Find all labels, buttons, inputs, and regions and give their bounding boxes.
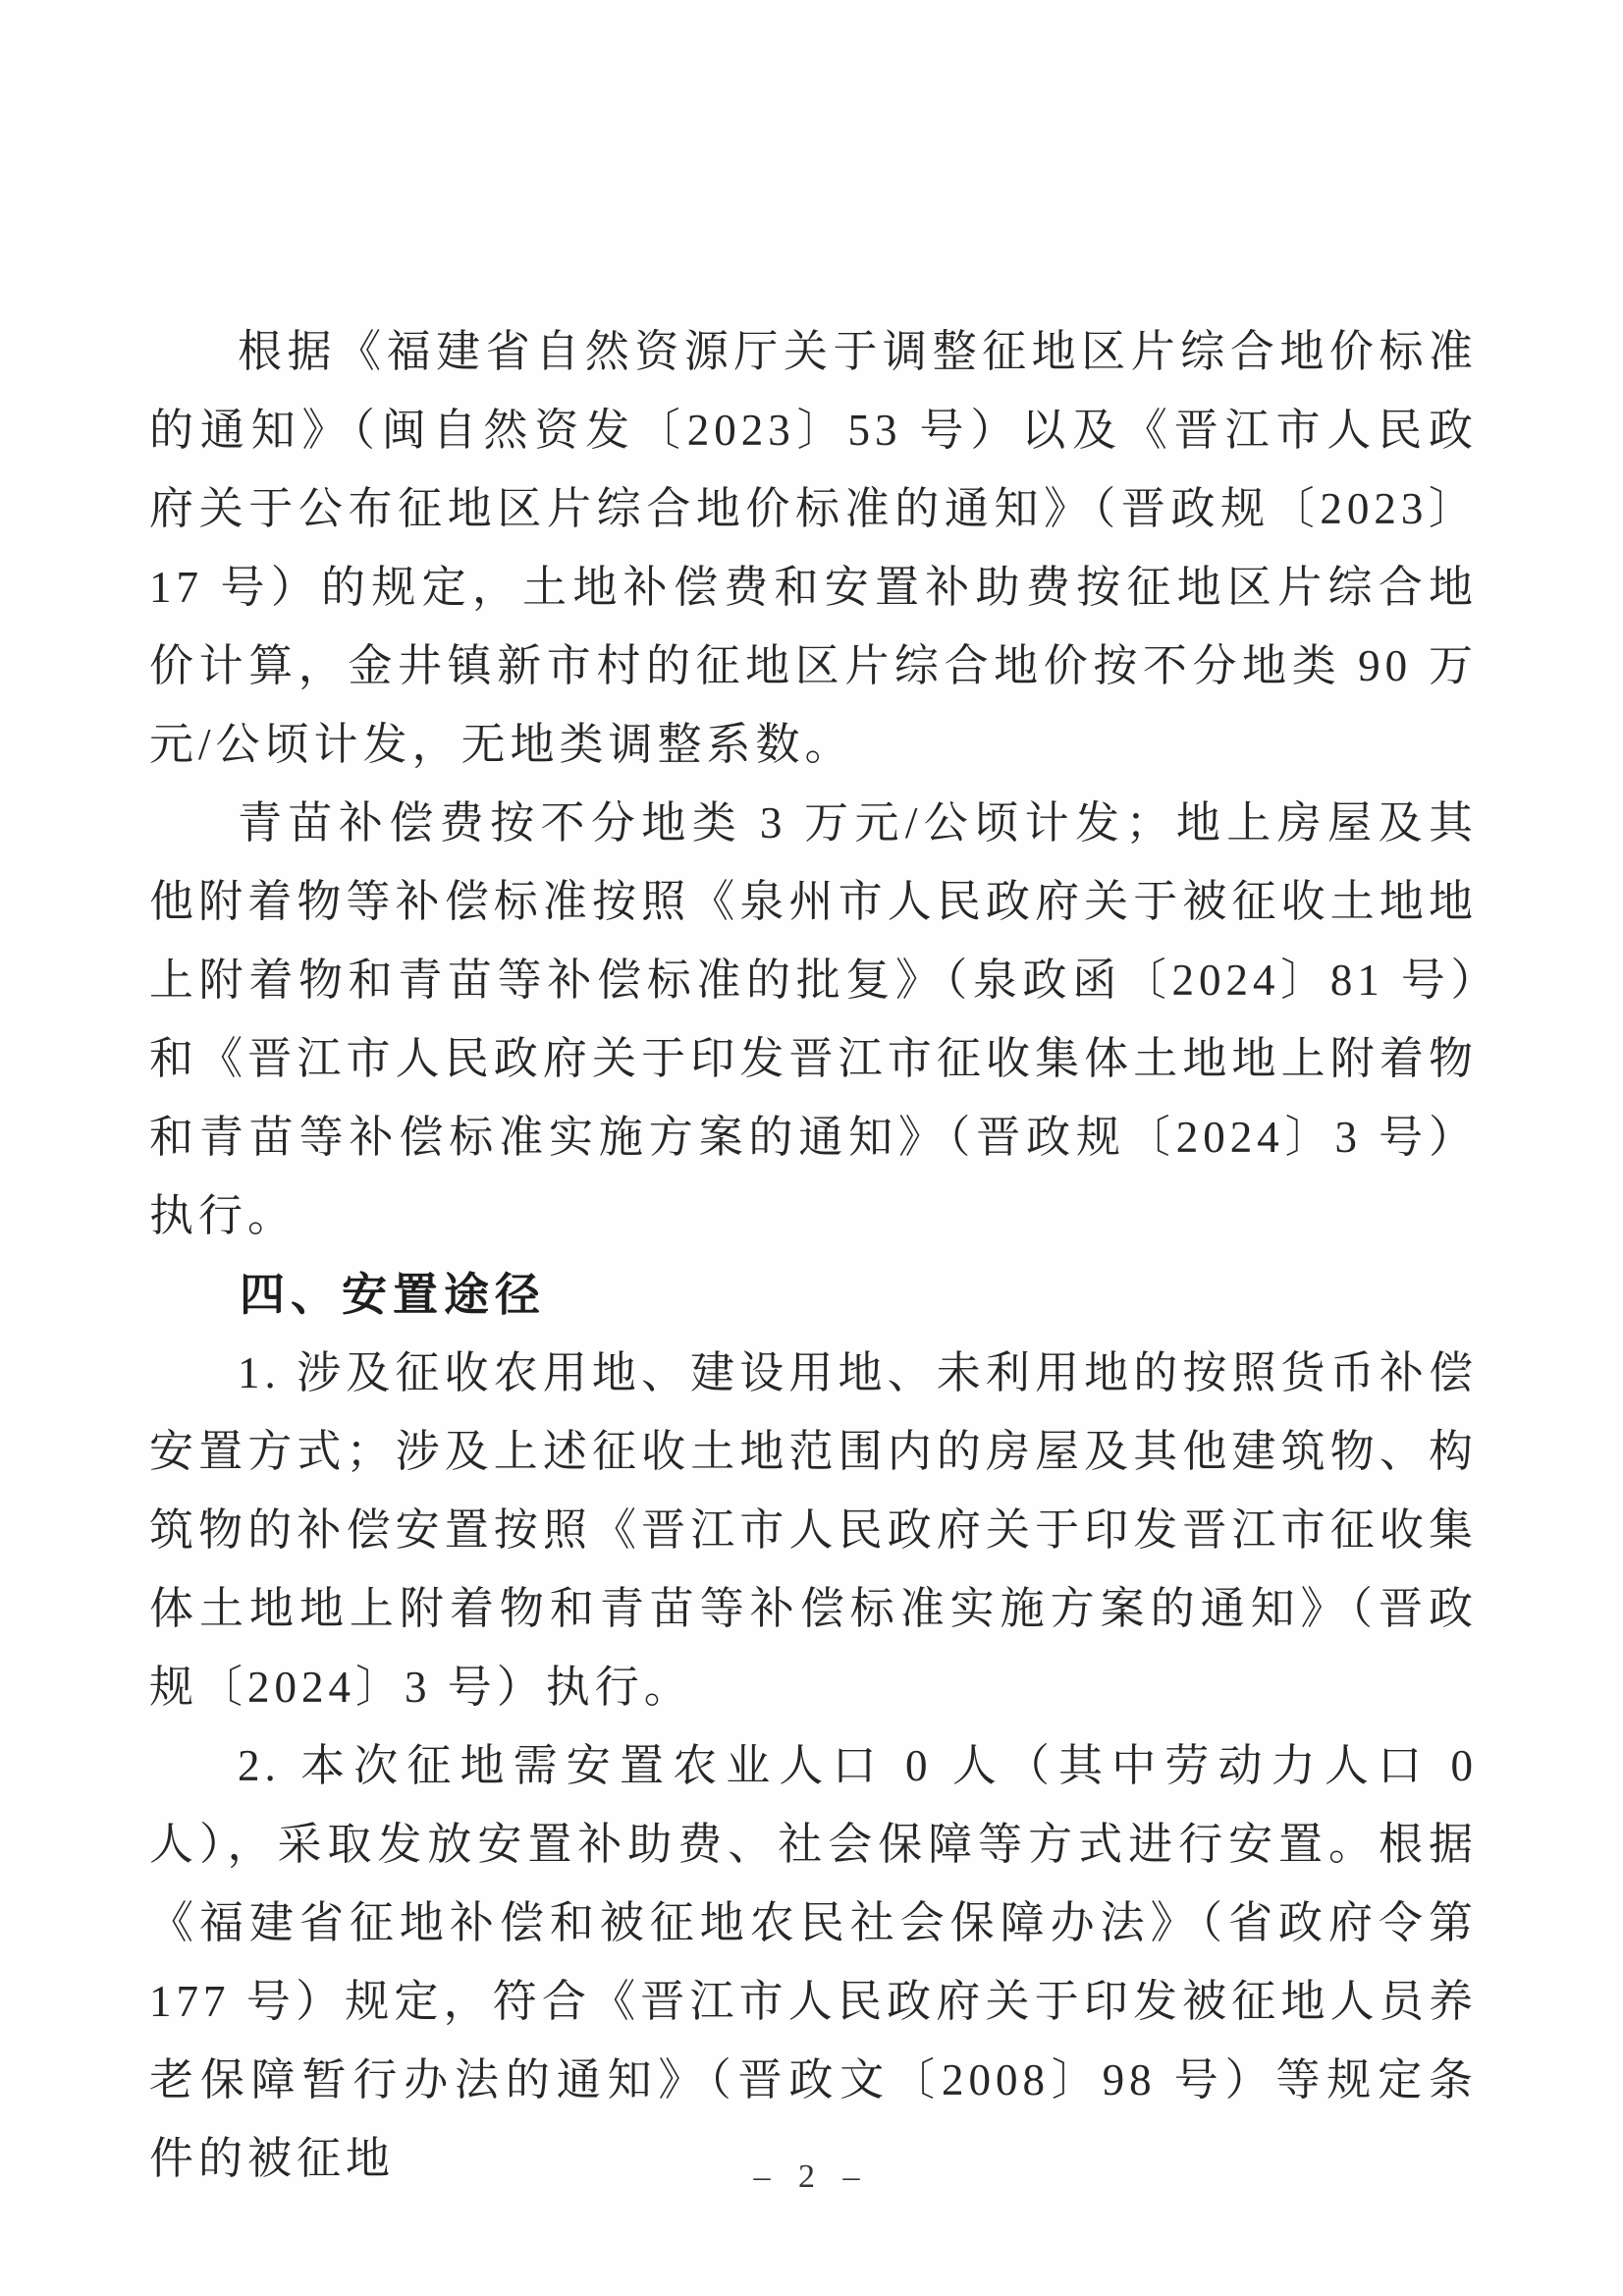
section-heading-resettlement-approaches: 四、安置途径: [149, 1255, 1478, 1334]
document-body: 根据《福建省自然资源厅关于调整征地区片综合地价标准的通知》（闽自然资发〔2023…: [149, 312, 1478, 2198]
page-number: – 2 –: [0, 2159, 1623, 2196]
paragraph-item2-population-resettlement: 2. 本次征地需安置农业人口 0 人（其中劳动力人口 0 人），采取发放安置补助…: [149, 1726, 1478, 2198]
document-page: 根据《福建省自然资源厅关于调整征地区片综合地价标准的通知》（闽自然资发〔2023…: [0, 0, 1623, 2296]
paragraph-item1-monetary-compensation: 1. 涉及征收农用地、建设用地、未利用地的按照货币补偿安置方式；涉及上述征收土地…: [149, 1334, 1478, 1726]
paragraph-seedling-compensation: 青苗补偿费按不分地类 3 万元/公顷计发；地上房屋及其他附着物等补偿标准按照《泉…: [149, 784, 1478, 1255]
paragraph-land-price-basis: 根据《福建省自然资源厅关于调整征地区片综合地价标准的通知》（闽自然资发〔2023…: [149, 312, 1478, 784]
